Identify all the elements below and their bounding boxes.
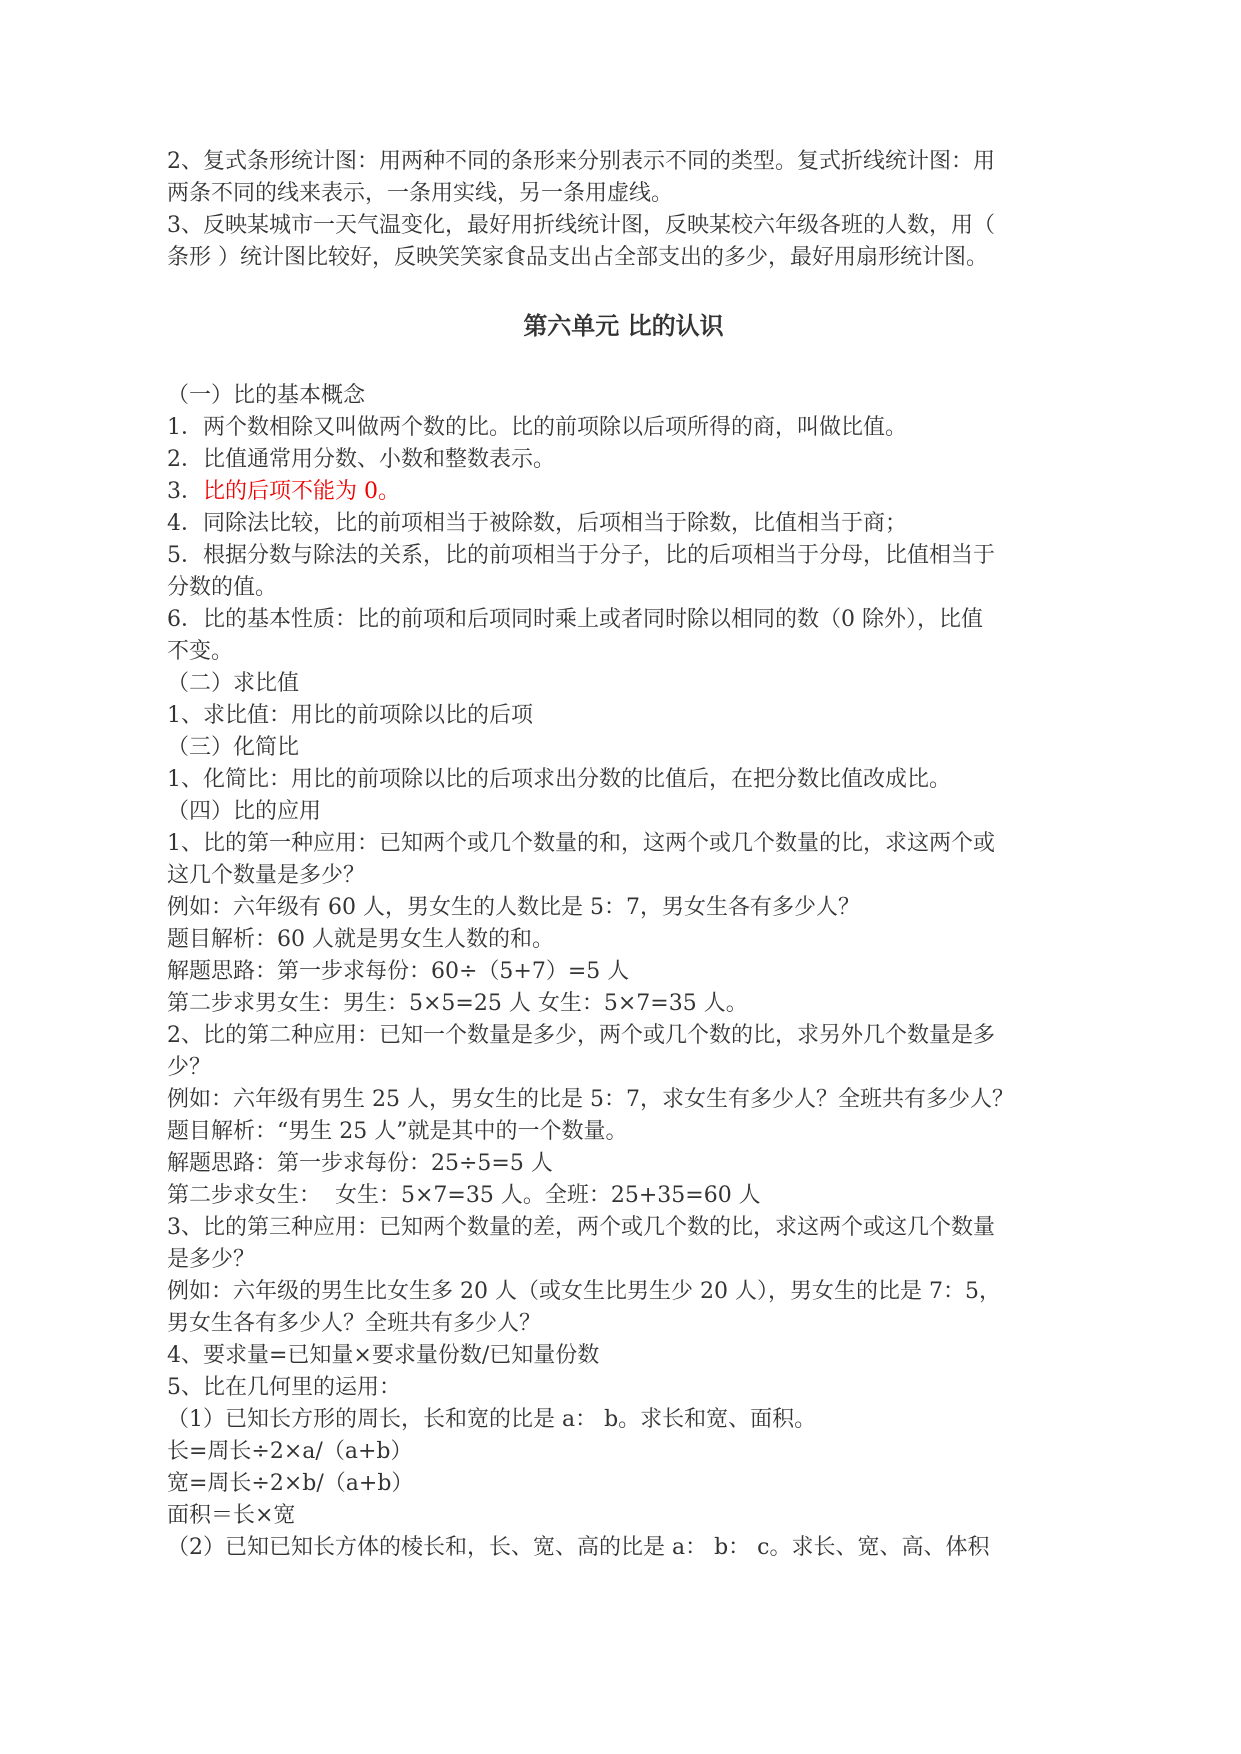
text-line: （二）求比值 bbox=[167, 668, 1080, 700]
text-segment: 宽=周长÷2×b/（a+b） bbox=[167, 1471, 413, 1496]
text-segment: 例如：六年级有 60 人，男女生的人数比是 5：7，男女生各有多少人？ bbox=[167, 895, 860, 920]
text-line: 例如：六年级的男生比女生多 20 人（或女生比男生少 20 人），男女生的比是 … bbox=[167, 1276, 1080, 1308]
text-line: （一）比的基本概念 bbox=[167, 380, 1080, 412]
text-segment: 这几个数量是多少？ bbox=[167, 863, 365, 888]
text-segment: 第六单元 比的认识 bbox=[523, 311, 723, 340]
text-line: （1）已知长方形的周长，长和宽的比是 a： b。求长和宽、面积。 bbox=[167, 1404, 1080, 1436]
text-line: （2）已知已知长方体的棱长和，长、宽、高的比是 a： b： c。求长、宽、高、体… bbox=[167, 1532, 1080, 1564]
text-line: 解题思路：第一步求每份：60÷（5+7）=5 人 bbox=[167, 956, 1080, 988]
text-line: 解题思路：第一步求每份：25÷5=5 人 bbox=[167, 1148, 1080, 1180]
text-line: 2．比值通常用分数、小数和整数表示。 bbox=[167, 444, 1080, 476]
text-line: 3、比的第三种应用：已知两个数量的差，两个或几个数的比，求这两个或这几个数量 bbox=[167, 1212, 1080, 1244]
text-segment: （三）化简比 bbox=[167, 735, 299, 760]
text-line: 题目解析：“男生 25 人”就是其中的一个数量。 bbox=[167, 1116, 1080, 1148]
text-segment: （1）已知长方形的周长，长和宽的比是 a： b。求长和宽、面积。 bbox=[167, 1407, 816, 1432]
text-line: 5、比在几何里的运用： bbox=[167, 1372, 1080, 1404]
text-segment: 2．比值通常用分数、小数和整数表示。 bbox=[167, 447, 555, 472]
text-segment: 5．根据分数与除法的关系，比的前项相当于分子，比的后项相当于分母，比值相当于 bbox=[167, 543, 995, 568]
text-line: 2、比的第二种应用：已知一个数量是多少，两个或几个数的比，求另外几个数量是多 bbox=[167, 1020, 1080, 1052]
text-line: 分数的值。 bbox=[167, 572, 1080, 604]
text-segment: 6．比的基本性质：比的前项和后项同时乘上或者同时除以相同的数（0 除外），比值 bbox=[167, 607, 983, 632]
text-line: 5．根据分数与除法的关系，比的前项相当于分子，比的后项相当于分母，比值相当于 bbox=[167, 540, 1080, 572]
text-segment: 1．两个数相除又叫做两个数的比。比的前项除以后项所得的商，叫做比值。 bbox=[167, 415, 907, 440]
document-page: 2、复式条形统计图：用两种不同的条形来分别表示不同的类型。复式折线统计图：用两条… bbox=[0, 0, 1241, 1754]
blank-line bbox=[167, 274, 1080, 306]
text-line: 两条不同的线来表示，一条用实线，另一条用虚线。 bbox=[167, 178, 1080, 210]
text-line: 少？ bbox=[167, 1052, 1080, 1084]
text-segment: 少？ bbox=[167, 1055, 211, 1080]
text-line: 第二步求女生： 女生：5×7=35 人。全班：25+35=60 人 bbox=[167, 1180, 1080, 1212]
text-line: 宽=周长÷2×b/（a+b） bbox=[167, 1468, 1080, 1500]
text-segment: 第二步求男女生：男生：5×5=25 人 女生：5×7=35 人。 bbox=[167, 991, 748, 1016]
text-line: 长=周长÷2×a/（a+b） bbox=[167, 1436, 1080, 1468]
text-line: 1、化简比：用比的前项除以比的后项求出分数的比值后，在把分数比值改成比。 bbox=[167, 764, 1080, 796]
unit-title: 第六单元 比的认识 bbox=[167, 306, 1080, 348]
text-segment: 4．同除法比较，比的前项相当于被除数，后项相当于除数，比值相当于商； bbox=[167, 511, 907, 536]
text-segment: 男女生各有多少人？全班共有多少人？ bbox=[167, 1311, 541, 1336]
document-body: 2、复式条形统计图：用两种不同的条形来分别表示不同的类型。复式折线统计图：用两条… bbox=[167, 146, 1080, 1564]
text-line: 3、反映某城市一天气温变化，最好用折线统计图，反映某校六年级各班的人数，用（ bbox=[167, 210, 1080, 242]
text-line: 是多少？ bbox=[167, 1244, 1080, 1276]
text-segment: 4、要求量=已知量×要求量份数/已知量份数 bbox=[167, 1343, 599, 1368]
text-segment: 5、比在几何里的运用： bbox=[167, 1375, 401, 1400]
text-line: 这几个数量是多少？ bbox=[167, 860, 1080, 892]
text-segment: 2、比的第二种应用：已知一个数量是多少，两个或几个数的比，求另外几个数量是多 bbox=[167, 1023, 995, 1048]
text-segment: 3、比的第三种应用：已知两个数量的差，两个或几个数的比，求这两个或这几个数量 bbox=[167, 1215, 995, 1240]
text-segment: 3． bbox=[167, 479, 203, 504]
text-segment: 解题思路：第一步求每份：60÷（5+7）=5 人 bbox=[167, 959, 629, 984]
text-line: 不变。 bbox=[167, 636, 1080, 668]
text-segment: 是多少？ bbox=[167, 1247, 255, 1272]
text-line: 1．两个数相除又叫做两个数的比。比的前项除以后项所得的商，叫做比值。 bbox=[167, 412, 1080, 444]
text-segment: 分数的值。 bbox=[167, 575, 277, 600]
text-segment: 题目解析：60 人就是男女生人数的和。 bbox=[167, 927, 554, 952]
text-line: （四）比的应用 bbox=[167, 796, 1080, 828]
blank-line bbox=[167, 348, 1080, 380]
text-line: 4．同除法比较，比的前项相当于被除数，后项相当于除数，比值相当于商； bbox=[167, 508, 1080, 540]
text-segment: 3、反映某城市一天气温变化，最好用折线统计图，反映某校六年级各班的人数，用（ bbox=[167, 213, 995, 238]
text-segment: （一）比的基本概念 bbox=[167, 383, 365, 408]
highlighted-text: 比的后项不能为 0。 bbox=[203, 479, 400, 504]
text-line: 题目解析：60 人就是男女生人数的和。 bbox=[167, 924, 1080, 956]
text-segment: 例如：六年级的男生比女生多 20 人（或女生比男生少 20 人），男女生的比是 … bbox=[167, 1279, 1001, 1304]
text-line: 第二步求男女生：男生：5×5=25 人 女生：5×7=35 人。 bbox=[167, 988, 1080, 1020]
text-segment: 长=周长÷2×a/（a+b） bbox=[167, 1439, 412, 1464]
text-segment: 不变。 bbox=[167, 639, 233, 664]
text-line: 3．比的后项不能为 0。 bbox=[167, 476, 1080, 508]
text-segment: （2）已知已知长方体的棱长和，长、宽、高的比是 a： b： c。求长、宽、高、体… bbox=[167, 1535, 990, 1560]
text-segment: 解题思路：第一步求每份：25÷5=5 人 bbox=[167, 1151, 553, 1176]
text-segment: 题目解析：“男生 25 人”就是其中的一个数量。 bbox=[167, 1119, 627, 1144]
text-segment: 1、求比值：用比的前项除以比的后项 bbox=[167, 703, 533, 728]
text-segment: 第二步求女生： 女生：5×7=35 人。全班：25+35=60 人 bbox=[167, 1183, 761, 1208]
text-line: （三）化简比 bbox=[167, 732, 1080, 764]
text-segment: 例如：六年级有男生 25 人，男女生的比是 5：7，求女生有多少人？全班共有多少… bbox=[167, 1087, 1014, 1112]
text-segment: 2、复式条形统计图：用两种不同的条形来分别表示不同的类型。复式折线统计图：用 bbox=[167, 149, 995, 174]
text-line: 2、复式条形统计图：用两种不同的条形来分别表示不同的类型。复式折线统计图：用 bbox=[167, 146, 1080, 178]
text-segment: 1、化简比：用比的前项除以比的后项求出分数的比值后，在把分数比值改成比。 bbox=[167, 767, 951, 792]
text-line: 1、求比值：用比的前项除以比的后项 bbox=[167, 700, 1080, 732]
text-line: 面积＝长×宽 bbox=[167, 1500, 1080, 1532]
text-segment: 面积＝长×宽 bbox=[167, 1503, 295, 1528]
text-segment: 1、比的第一种应用：已知两个或几个数量的和，这两个或几个数量的比，求这两个或 bbox=[167, 831, 995, 856]
text-segment: 条形 ）统计图比较好，反映笑笑家食品支出占全部支出的多少，最好用扇形统计图。 bbox=[167, 245, 988, 270]
text-line: 6．比的基本性质：比的前项和后项同时乘上或者同时除以相同的数（0 除外），比值 bbox=[167, 604, 1080, 636]
text-segment: （四）比的应用 bbox=[167, 799, 321, 824]
text-line: 1、比的第一种应用：已知两个或几个数量的和，这两个或几个数量的比，求这两个或 bbox=[167, 828, 1080, 860]
text-line: 4、要求量=已知量×要求量份数/已知量份数 bbox=[167, 1340, 1080, 1372]
text-line: 例如：六年级有男生 25 人，男女生的比是 5：7，求女生有多少人？全班共有多少… bbox=[167, 1084, 1080, 1116]
text-line: 男女生各有多少人？全班共有多少人？ bbox=[167, 1308, 1080, 1340]
text-line: 例如：六年级有 60 人，男女生的人数比是 5：7，男女生各有多少人？ bbox=[167, 892, 1080, 924]
text-segment: 两条不同的线来表示，一条用实线，另一条用虚线。 bbox=[167, 181, 673, 206]
text-segment: （二）求比值 bbox=[167, 671, 299, 696]
text-line: 条形 ）统计图比较好，反映笑笑家食品支出占全部支出的多少，最好用扇形统计图。 bbox=[167, 242, 1080, 274]
